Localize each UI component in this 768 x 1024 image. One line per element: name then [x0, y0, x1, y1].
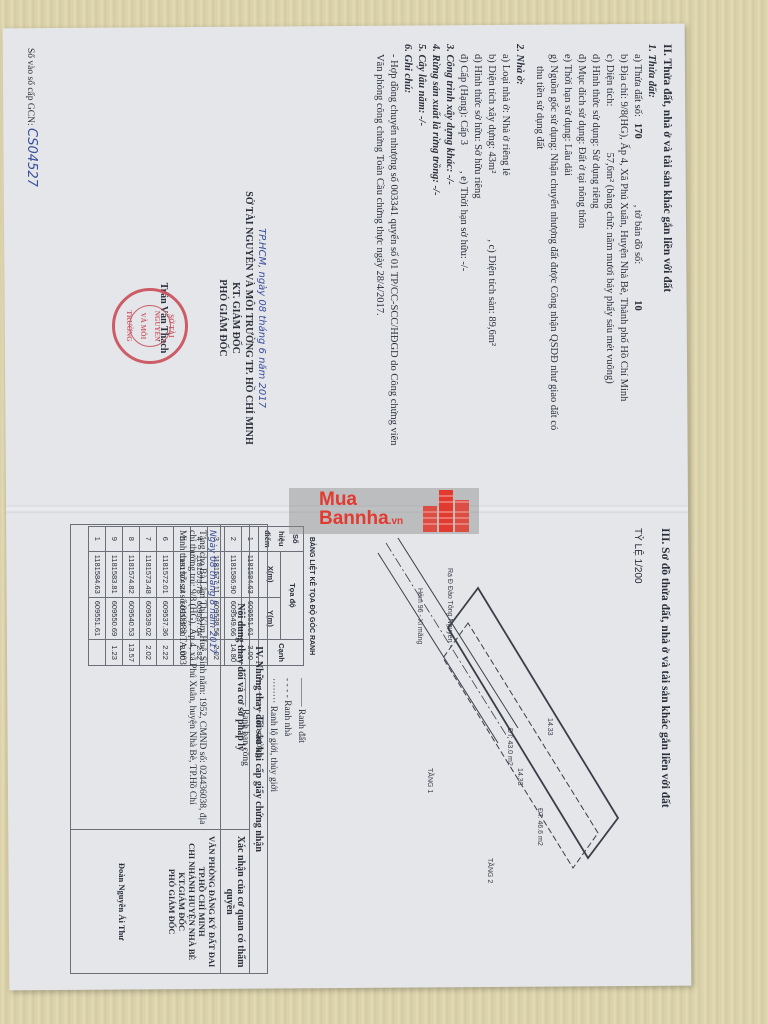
- changes-col-confirm: Xác nhận của cơ quan có thẩm quyền: [221, 830, 250, 974]
- changes-col-content: Nội dung thay đổi và cơ sở pháp lý: [221, 525, 250, 830]
- changes-table: IV. Những thay đổi sau khi cấp giấy chứn…: [70, 524, 268, 974]
- land-use-origin: g) Nguồn gốc sử dụng: Nhận chuyển nhượng…: [546, 44, 560, 492]
- land-heading: 1. Thửa đất:: [644, 44, 658, 492]
- land-area-label: c) Diện tích:: [602, 54, 616, 106]
- land-use-term: e) Thời hạn sử dụng: Lâu dài: [560, 44, 574, 492]
- map-sheet-label: , tờ bản đồ số:: [630, 205, 644, 265]
- plot-diagram: 14.33 14.33 ĐT: 43.0 m2 ĐT: 46.6 m2 TẦNG…: [328, 528, 648, 968]
- legend-parcel-boundary: ——— Ranh đất: [294, 678, 308, 792]
- signer-role-2: PHÓ GIÁM ĐỐC: [216, 148, 229, 488]
- svg-text:ĐT: 46.6 m2: ĐT: 46.6 m2: [536, 808, 543, 846]
- notes-heading: 6. Ghi chú:: [400, 44, 414, 492]
- section-3-title: III. Sơ đồ thửa đất, nhà ở và tài sản kh…: [658, 528, 672, 808]
- signer-role-1: KT. GIÁM ĐỐC: [229, 148, 242, 488]
- house-grade: đ) Cấp (Hạng): Cấp 3: [456, 54, 470, 145]
- other-construction: 3. Công trình xây dựng khác: -/-: [442, 44, 456, 492]
- building-icon: [421, 490, 471, 532]
- svg-text:TẦNG 2: TẦNG 2: [486, 858, 496, 883]
- house-term: , e) Thời hạn sở hữu: -/-: [456, 171, 470, 271]
- svg-text:14.33: 14.33: [516, 768, 523, 786]
- planted-forest: 4. Rừng sản xuất là rừng trồng: -/-: [428, 44, 442, 492]
- change-confirmation: VĂN PHÒNG ĐĂNG KÝ ĐẤT ĐAI TP.HỒ CHÍ MINH…: [71, 830, 221, 974]
- land-parcel-number: 170: [630, 123, 644, 139]
- issue-place-date: TP.HCM, ngày 08 tháng 6 năm 2017: [255, 148, 268, 488]
- registry-number: Số vào sổ cấp GCN: CS04527: [23, 48, 38, 187]
- section-2-title: II. Thửa đất, nhà ở và tài sản khác gắn …: [660, 44, 674, 492]
- svg-text:14.33: 14.33: [546, 718, 553, 736]
- official-stamp: SỞ TÀI NGUYÊN VÀ MÔI TRƯỜNG: [112, 288, 188, 364]
- land-use-purpose: đ) Mục đích sử dụng: Đất ở tại nông thôn: [574, 44, 588, 492]
- house-ownership: d) Hình thức sở hữu: Sở hữu riêng: [470, 44, 484, 492]
- watermark: Mua Bannha.vn: [289, 488, 479, 534]
- section-4-title: IV. Những thay đổi sau khi cấp giấy chứn…: [250, 525, 268, 974]
- land-use-origin-cont: thu tiền sử dụng đất: [532, 44, 546, 492]
- house-floor-area: , c) Diện tích sàn: 89,6m²: [484, 239, 498, 346]
- land-parcel-label: a) Thửa đất số:: [630, 54, 644, 117]
- issuing-org: SỞ TÀI NGUYÊN VÀ MÔI TRƯỜNG TP. HỒ CHÍ M…: [242, 148, 255, 488]
- notes-text: - Hợp đồng chuyển nhượng số 003341 quyển…: [372, 44, 400, 454]
- svg-text:Hẻm 96 - Xi măng: Hẻm 96 - Xi măng: [416, 588, 423, 645]
- perennial-trees: 5. Cây lâu năm: -/-: [414, 44, 428, 492]
- svg-text:TẦNG 1: TẦNG 1: [426, 768, 436, 793]
- watermark-logo: Mua Bannha.vn: [319, 490, 403, 531]
- land-area-value: 57,6m² (bằng chữ: năm mươi bảy phẩy sáu …: [602, 152, 616, 383]
- svg-text:Rạ Đ Đào Tông Nguyên: Rạ Đ Đào Tông Nguyên: [446, 568, 453, 643]
- land-use-form: d) Hình thức sử dụng: Sử dụng riêng: [588, 44, 602, 492]
- map-sheet-number: 10: [630, 300, 644, 311]
- svg-text:ĐT: 43.0 m2: ĐT: 43.0 m2: [506, 728, 513, 766]
- house-type: a) Loại nhà ở: Nhà ở riêng lẻ: [498, 44, 512, 492]
- change-entry: Ngày 08 tháng 8 năm 2017 Tặng cho Bà Lâm…: [71, 525, 221, 830]
- plot-boundary: [448, 588, 618, 858]
- section-2-page: II. Thửa đất, nhà ở và tài sản khác gắn …: [8, 28, 688, 508]
- house-heading: 2. Nhà ở:: [512, 44, 526, 492]
- house-build-area: b) Diện tích xây dựng: 43m²: [484, 54, 498, 173]
- legend-house-boundary: - - - - Ranh nhà: [280, 678, 294, 792]
- section-4-frame: IV. Những thay đổi sau khi cấp giấy chứn…: [10, 510, 280, 980]
- land-address: b) Địa chỉ: 9/8(HG), Ấp 4, Xã Phú Xuân, …: [616, 44, 630, 492]
